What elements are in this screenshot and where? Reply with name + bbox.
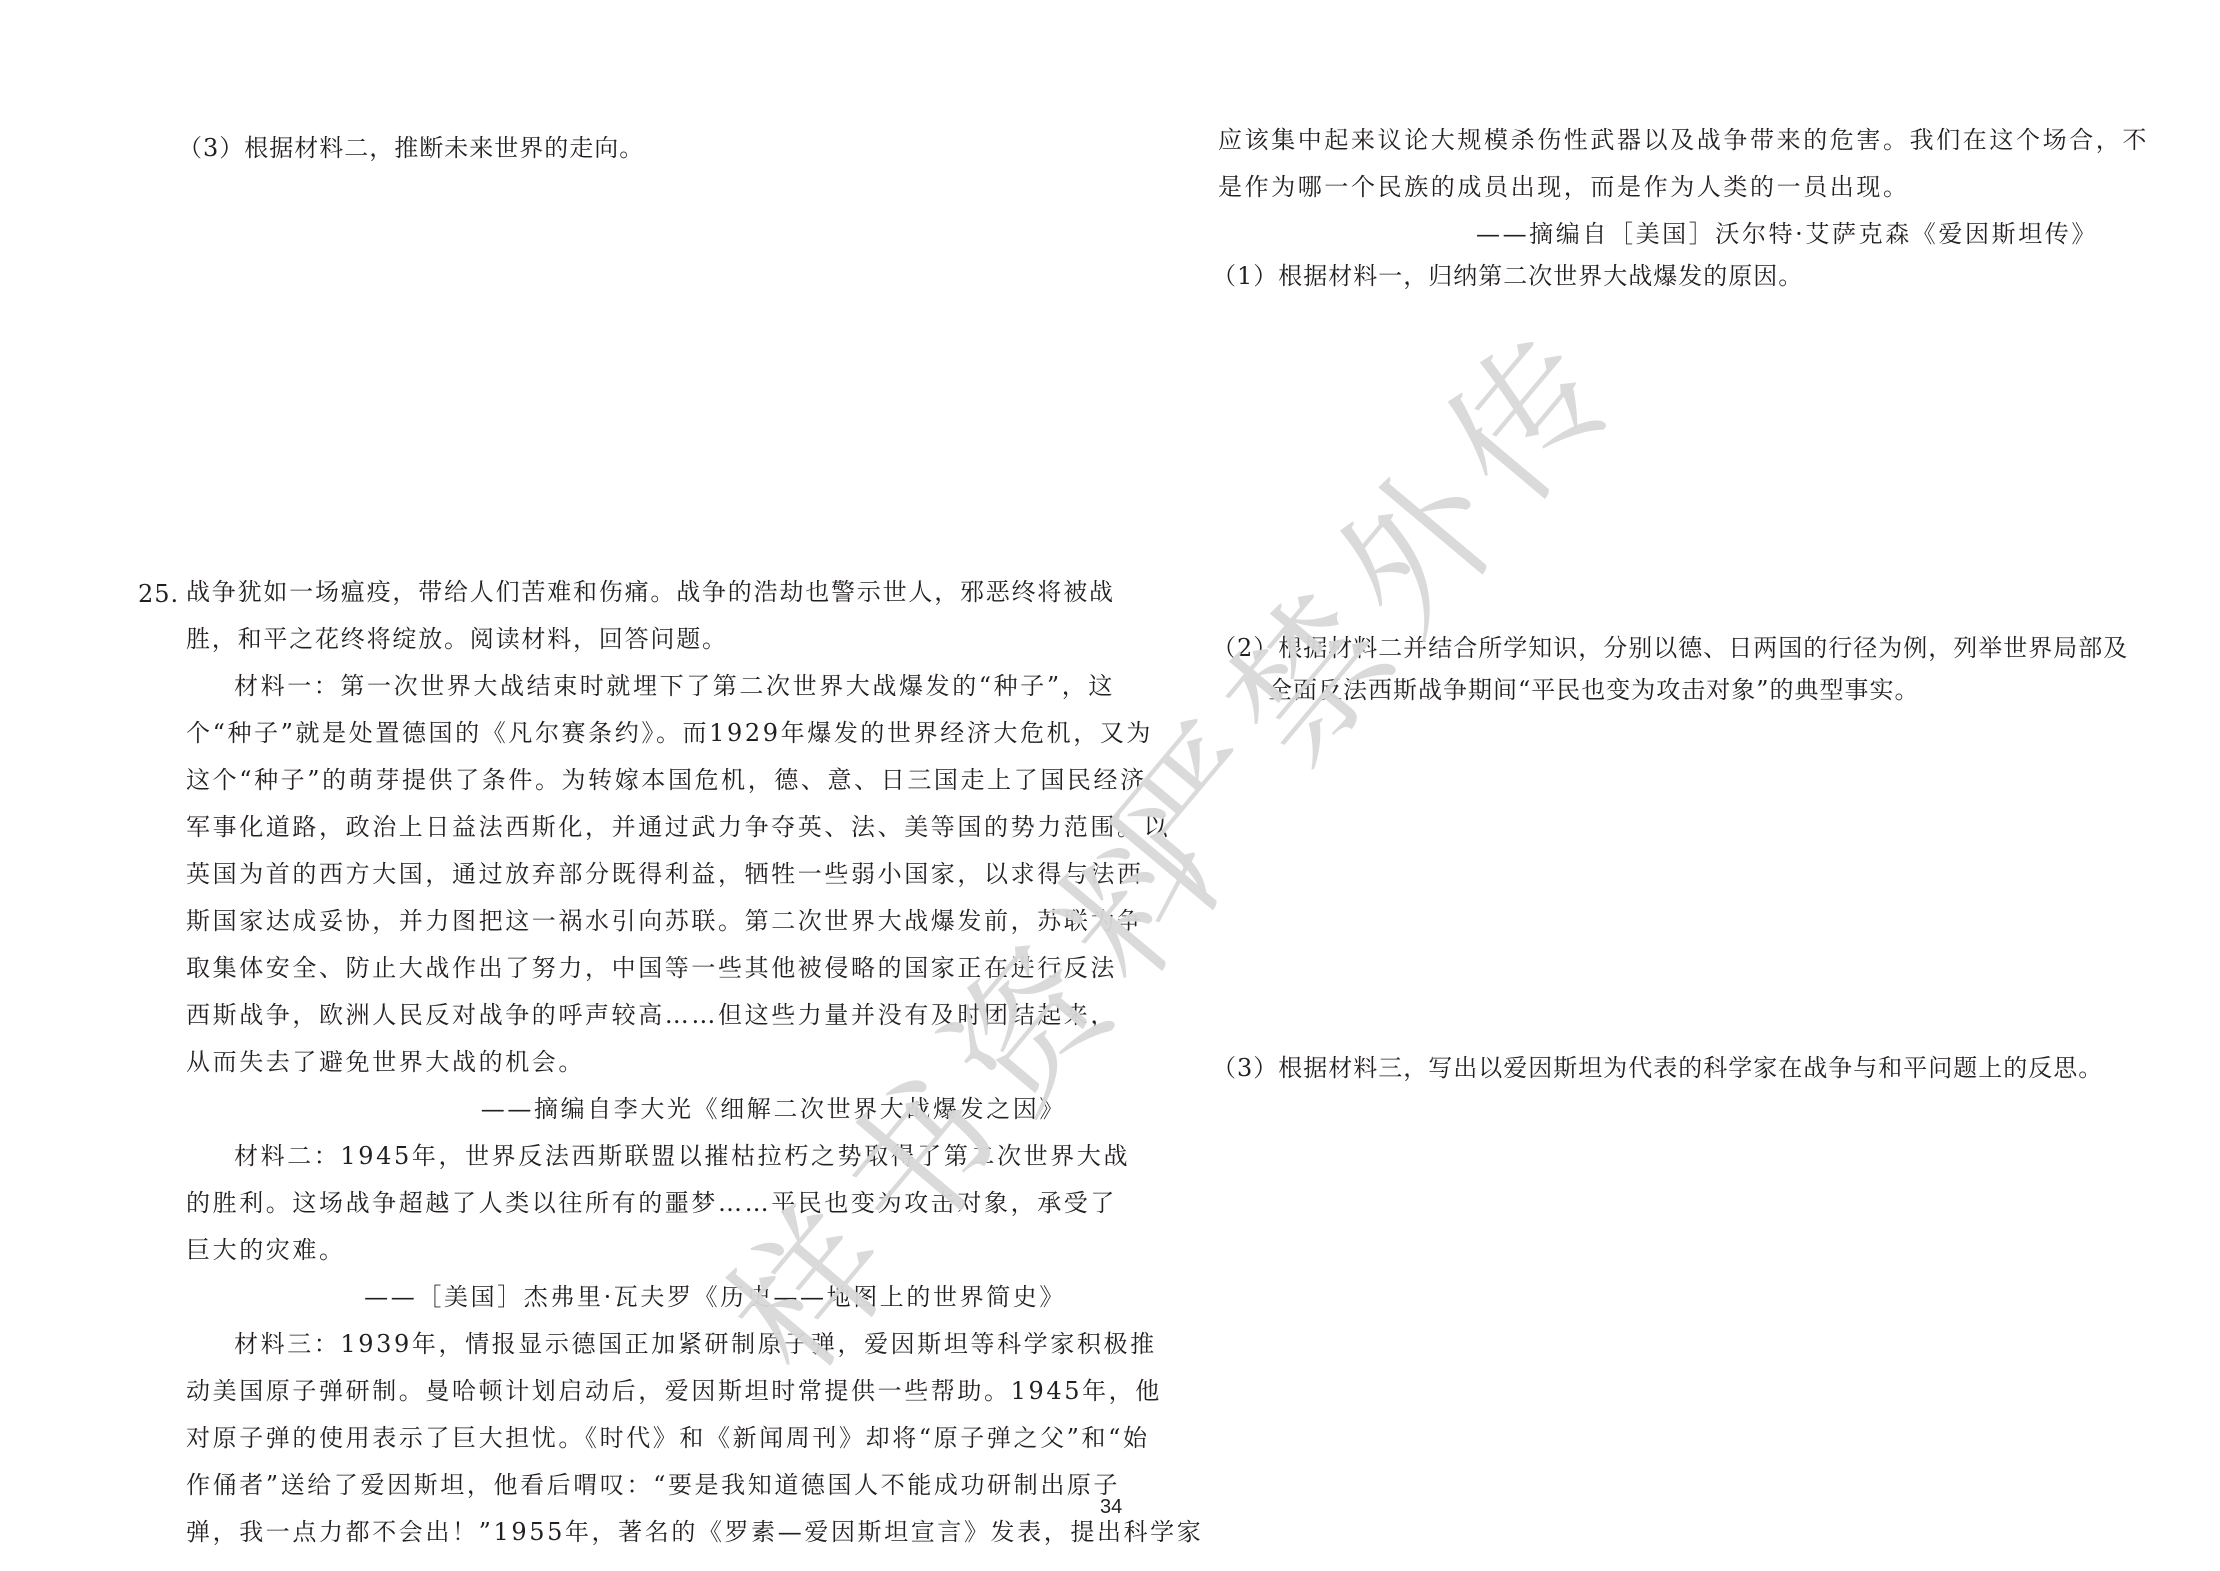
question-3: （3）根据材料三，写出以爱因斯坦为代表的科学家在战争与和平问题上的反思。 xyxy=(1212,1048,2103,1083)
question-intro-line: 战争犹如一场瘟疫，带给人们苦难和伤痛。战争的浩劫也警示世人，邪恶终将被战 xyxy=(186,572,1066,619)
material-1-line: 军事化道路，政治上日益法西斯化，并通过武力争夺英、法、美等国的势力范围。以 xyxy=(186,807,1066,854)
material-2-source: ——［美国］杰弗里·瓦夫罗《历史——地图上的世界简史》 xyxy=(186,1277,1066,1324)
question-25-block: 战争犹如一场瘟疫，带给人们苦难和伤痛。战争的浩劫也警示世人，邪恶终将被战 胜，和… xyxy=(186,572,1066,1559)
material-3-cont-line: 应该集中起来议论大规模杀伤性武器以及战争带来的危害。我们在这个场合，不 xyxy=(1218,120,2098,167)
material-3-cont-line: 是作为哪一个民族的成员出现，而是作为人类的一员出现。 xyxy=(1218,167,2098,214)
material-2-line: 巨大的灾难。 xyxy=(186,1230,1066,1277)
page-number: 34 xyxy=(1100,1496,1122,1519)
material-3-source: ——摘编自［美国］沃尔特·艾萨克森《爱因斯坦传》 xyxy=(1218,214,2098,261)
material-1-line: 这个“种子”的萌芽提供了条件。为转嫁本国危机，德、意、日三国走上了国民经济 xyxy=(186,760,1066,807)
material-1-line: 从而失去了避免世界大战的机会。 xyxy=(186,1042,1066,1089)
material-1-line: 取集体安全、防止大战作出了努力，中国等一些其他被侵略的国家正在进行反法 xyxy=(186,948,1066,995)
material-3-continued: 应该集中起来议论大规模杀伤性武器以及战争带来的危害。我们在这个场合，不 是作为哪… xyxy=(1218,120,2098,261)
material-2-line: 的胜利。这场战争超越了人类以往所有的噩梦……平民也变为攻击对象，承受了 xyxy=(186,1183,1066,1230)
material-2-line: 材料二：1945年，世界反法西斯联盟以摧枯拉朽之势取得了第二次世界大战 xyxy=(186,1136,1066,1183)
material-3-line: 弹，我一点力都不会出！”1955年，著名的《罗素—爱因斯坦宣言》发表，提出科学家 xyxy=(186,1512,1066,1559)
material-1-line: 个“种子”就是处置德国的《凡尔赛条约》。而1929年爆发的世界经济大危机，又为 xyxy=(186,713,1066,760)
material-1-source: ——摘编自李大光《细解二次世界大战爆发之因》 xyxy=(186,1089,1066,1136)
material-3-line: 材料三：1939年，情报显示德国正加紧研制原子弹，爱因斯坦等科学家积极推 xyxy=(186,1324,1066,1371)
question-2-line-1: （2）根据材料二并结合所学知识，分别以德、日两国的行径为例，列举世界局部及 xyxy=(1212,628,2128,663)
material-3-line: 作俑者”送给了爱因斯坦，他看后喟叹：“要是我知道德国人不能成功研制出原子 xyxy=(186,1465,1066,1512)
question-1: （1）根据材料一，归纳第二次世界大战爆发的原因。 xyxy=(1212,256,1803,291)
material-3-line: 对原子弹的使用表示了巨大担忧。《时代》和《新闻周刊》却将“原子弹之父”和“始 xyxy=(186,1418,1066,1465)
question-intro-line: 胜，和平之花终将绽放。阅读材料，回答问题。 xyxy=(186,619,1066,666)
material-1-line: 材料一：第一次世界大战结束时就埋下了第二次世界大战爆发的“种子”，这 xyxy=(186,666,1066,713)
material-3-line: 动美国原子弹研制。曼哈顿计划启动后，爱因斯坦时常提供一些帮助。1945年，他 xyxy=(186,1371,1066,1418)
material-1-line: 西斯战争，欧洲人民反对战争的呼声较高……但这些力量并没有及时团结起来， xyxy=(186,995,1066,1042)
material-1-line: 英国为首的西方大国，通过放弃部分既得利益，牺牲一些弱小国家，以求得与法西 xyxy=(186,854,1066,901)
material-1-line: 斯国家达成妥协，并力图把这一祸水引向苏联。第二次世界大战爆发前，苏联为争 xyxy=(186,901,1066,948)
question-2-line-2: 全面反法西斯战争期间“平民也变为攻击对象”的典型事实。 xyxy=(1268,670,1920,705)
prev-question-3: （3）根据材料二，推断未来世界的走向。 xyxy=(178,128,644,163)
question-number: 25. xyxy=(138,580,179,608)
